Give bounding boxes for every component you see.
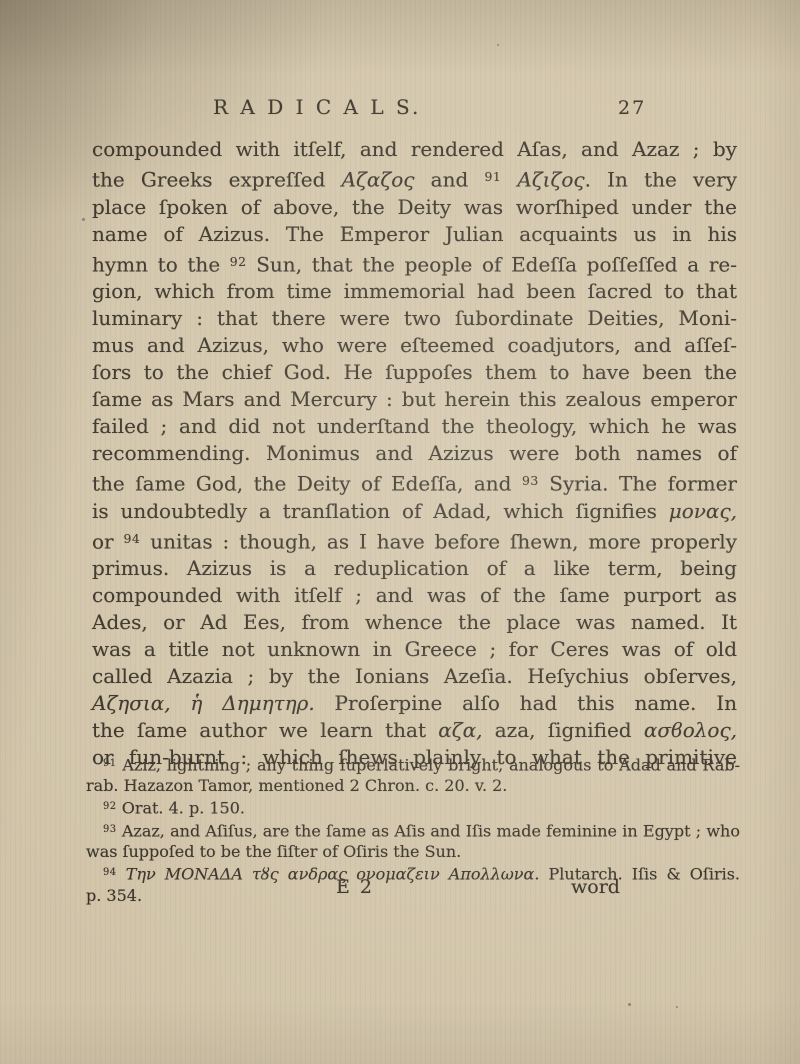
body-text-line: the ſame author we learn that αζα, aza, … (92, 717, 737, 744)
body-text-line: compounded with itſelf ; and was of the … (92, 582, 737, 609)
footnote-ref: 91 (103, 758, 117, 769)
footnote-ref: 93 (103, 824, 117, 835)
body-text-line: ſame as Mars and Mercury : but herein th… (92, 386, 737, 413)
footnote-line: was ſuppoſed to be the ſiſter of Oſiris … (86, 841, 740, 862)
paper-speck (82, 218, 85, 221)
body-text-line: hymn to the 92 Sun, that the people of E… (92, 248, 737, 279)
body-text-line: recommending. Monimus and Azizus were bo… (92, 440, 737, 467)
body-text-line: luminary : that there were two ſubordina… (92, 305, 737, 332)
page-number: 27 (618, 97, 646, 119)
footnote-ref: 94 (124, 531, 141, 546)
body-text-line: place ſpoken of above, the Deity was wor… (92, 194, 737, 221)
body-text-line: Αζησια, ἡ Δημητηρ. Proſerpine alſo had t… (92, 690, 737, 717)
footnote-ref: 92 (230, 254, 247, 269)
footnote-ref: 92 (103, 801, 117, 812)
footnote-line: rab. Hazazon Tamor, mentioned 2 Chron. c… (86, 775, 740, 796)
greek-text: ασϐολος, (644, 718, 737, 742)
body-text-line: is undoubtedly a tranſlation of Adad, wh… (92, 498, 737, 525)
body-text-line: called Azazia ; by the Ionians Azeſia. H… (92, 663, 737, 690)
body-text-line: gion, which from time immemorial had bee… (92, 278, 737, 305)
body-text-line: compounded with itſelf, and rendered Aſa… (92, 136, 737, 163)
footnote-ref: 91 (484, 169, 501, 184)
greek-text: Αζιζος (517, 168, 584, 192)
signature-mark: E 2 (336, 876, 374, 898)
signature-line: E 2 word (0, 876, 800, 902)
footnote-line: 91 Aziz, lightning ; any thing ſuperlati… (86, 753, 740, 775)
footnote-line: 93 Azaz, and Aſiſus, are the ſame as Aſi… (86, 819, 740, 841)
greek-text: Αζαζος (342, 168, 415, 192)
footnote-line: 92 Orat. 4. p. 150. (86, 796, 740, 818)
body-text-line: the Greeks expreſſed Αζαζος and 91 Αζιζο… (92, 163, 737, 194)
body-text-line: the ſame God, the Deity of Edeſſa, and 9… (92, 467, 737, 498)
greek-text: αζα, (438, 718, 482, 742)
body-text-line: failed ; and did not underſtand the theo… (92, 413, 737, 440)
running-title: R A D I C A L S. (213, 95, 421, 119)
body-text-line: primus. Azizus is a reduplication of a l… (92, 555, 737, 582)
paper-speck (497, 44, 499, 46)
paper-speck (676, 1006, 678, 1008)
footnote-ref: 93 (522, 473, 539, 488)
body-text-line: or 94 unitas : though, as I have before … (92, 525, 737, 556)
body-text-line: mus and Azizus, who were eſteemed coadju… (92, 332, 737, 359)
body-text-line: Ades, or Ad Ees, from whence the place w… (92, 609, 737, 636)
greek-text: Αζησια, ἡ Δημητηρ. (92, 691, 315, 715)
body-text-line: name of Azizus. The Emperor Julian acqua… (92, 221, 737, 248)
catchword: word (571, 876, 620, 898)
body-text-line: was a title not unknown in Greece ; for … (92, 636, 737, 663)
body-text: compounded with itſelf, and rendered Aſa… (92, 136, 737, 771)
book-page: R A D I C A L S. 27 compounded with itſe… (0, 0, 800, 1064)
paper-speck (628, 1003, 631, 1006)
greek-text: μονας, (669, 499, 737, 523)
body-text-line: ſors to the chief God. He ſuppoſes them … (92, 359, 737, 386)
